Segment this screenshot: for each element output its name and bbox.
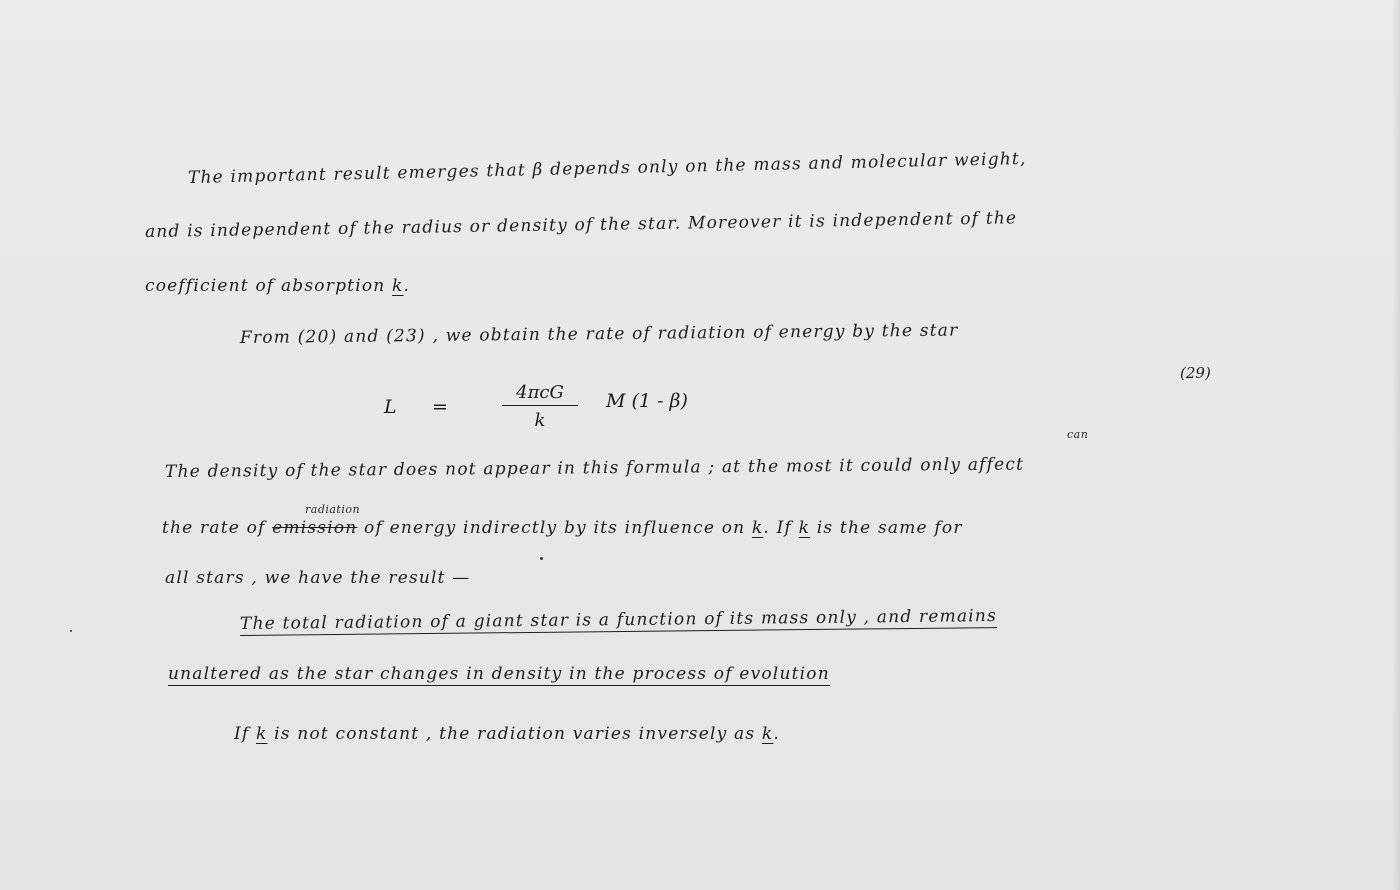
fraction-denominator: k bbox=[502, 406, 578, 431]
equation-rhs: M (1 - β) bbox=[606, 390, 688, 412]
paragraph-3-line-1: The density of the star does not appear … bbox=[165, 455, 1024, 482]
paragraph-1-line-3: coefficient of absorption k. bbox=[145, 276, 410, 296]
text-segment: . bbox=[404, 276, 411, 296]
inserted-word-radiation: radiation bbox=[305, 503, 360, 516]
symbol-k: k bbox=[256, 724, 268, 744]
text-segment: only affect bbox=[913, 455, 1024, 476]
equation-fraction: 4πcG k bbox=[502, 382, 578, 431]
text-segment: is the same for bbox=[810, 518, 963, 538]
paragraph-2-line-1: From (20) and (23) , we obtain the rate … bbox=[240, 320, 959, 348]
fraction-numerator: 4πcG bbox=[502, 382, 578, 406]
text-segment: The density of the star does not appear … bbox=[165, 456, 861, 482]
result-underlined-text: The total radiation of a giant star is a… bbox=[240, 607, 870, 634]
paragraph-1-line-2: and is independent of the radius or dens… bbox=[145, 208, 1018, 242]
result-line-2: unaltered as the star changes in density… bbox=[168, 664, 830, 684]
symbol-k: k bbox=[392, 276, 404, 296]
ink-dot bbox=[540, 557, 543, 560]
text-segment: . If bbox=[763, 518, 798, 538]
speck bbox=[70, 630, 72, 632]
text-segment: the rate of bbox=[162, 518, 272, 538]
struck-word-emission: emission bbox=[272, 518, 357, 538]
text-segment: If bbox=[234, 724, 256, 744]
paragraph-4-line-1: If k is not constant , the radiation var… bbox=[234, 724, 780, 744]
text-segment: . bbox=[773, 724, 780, 744]
symbol-k: k bbox=[799, 518, 811, 538]
paragraph-3-line-3: all stars , we have the result — bbox=[165, 568, 471, 588]
symbol-k: k bbox=[762, 724, 774, 744]
equation-number: (29) bbox=[1180, 364, 1211, 382]
result-underlined-text: unaltered as the star changes in density… bbox=[168, 664, 830, 684]
symbol-k: k bbox=[752, 518, 764, 538]
result-line-1: The total radiation of a giant star is a… bbox=[240, 606, 997, 634]
text-segment: of energy indirectly by its influence on bbox=[357, 518, 751, 538]
manuscript-page: The important result emerges that β depe… bbox=[0, 0, 1400, 890]
text-segment: coefficient of absorption bbox=[145, 276, 392, 296]
text-segment: and remains bbox=[870, 606, 997, 627]
paragraph-1-line-1: The important result emerges that β depe… bbox=[188, 149, 1027, 188]
equation-equals: = bbox=[432, 396, 448, 418]
equation-lhs: L bbox=[384, 396, 397, 418]
replaced-word-could: could bbox=[860, 455, 913, 475]
text-segment: is not constant , the radiation varies i… bbox=[268, 724, 762, 744]
paragraph-3-line-2: the rate of emission of energy indirectl… bbox=[162, 518, 963, 538]
inserted-word-can: can bbox=[1067, 428, 1088, 441]
